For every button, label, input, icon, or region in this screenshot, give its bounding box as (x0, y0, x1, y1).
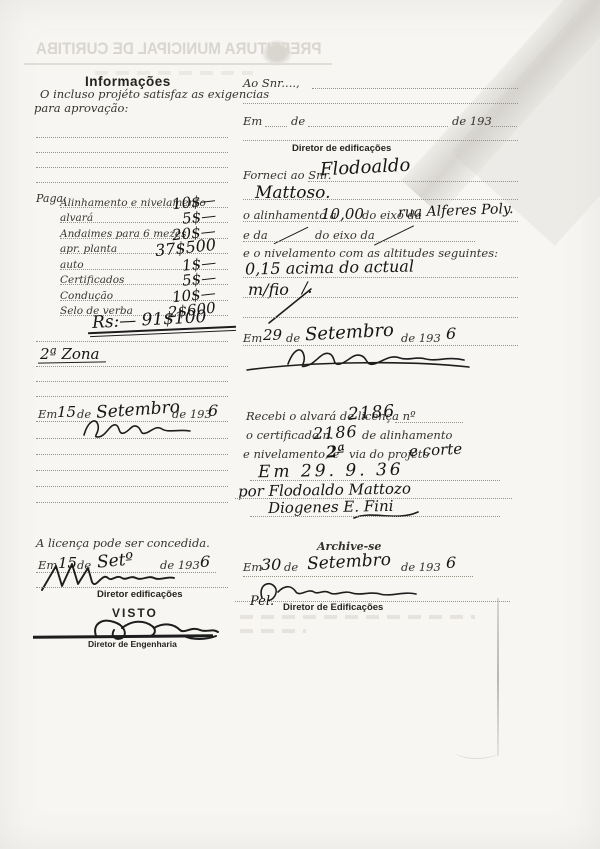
fee-row: Condução 10$— (60, 284, 228, 301)
ruled-line (395, 422, 463, 423)
ruled-line (308, 181, 518, 182)
ruled-line (36, 381, 228, 382)
date-month: Setembro (307, 550, 392, 574)
paper-fold-line (497, 598, 499, 756)
bleedthrough-line (240, 629, 306, 633)
zone-note: 2ª Zona (40, 345, 100, 363)
intro-line-2: para aprovação: (34, 101, 128, 115)
director-edificacoes-label: Diretor edificações (97, 589, 183, 600)
ruled-line (308, 126, 448, 127)
zone-underline (38, 361, 106, 363)
date-de193: de 193 (401, 331, 441, 345)
ruled-line (36, 438, 228, 439)
altitude-note-line1: 0,15 acima do actual (245, 257, 414, 279)
via-count-handwritten: 2ª (325, 441, 346, 462)
date-em: Em (243, 560, 262, 574)
ruled-line (243, 576, 473, 577)
recipient-name-line1: Flodoaldo (320, 155, 411, 181)
ruled-line (36, 366, 228, 367)
eixo2-label: do eixo da (315, 228, 375, 242)
fee-row: apr. planta 37$500 (60, 238, 228, 255)
street-name: rua Alferes Poly. (398, 201, 514, 221)
ruled-line (36, 137, 228, 138)
ruled-line (36, 486, 228, 487)
date-em: Em (243, 331, 262, 345)
date-month: Setembro (305, 320, 395, 346)
date-de: de (284, 560, 298, 574)
license-note: A licença pode ser concedida. (36, 536, 210, 550)
bleedthrough-line (240, 615, 475, 619)
date-de: de (291, 114, 305, 128)
eda-label: e da (243, 228, 268, 242)
ruled-line (36, 182, 228, 183)
ruled-line (243, 221, 518, 222)
intro-line-1: O incluso projéto satisfaz as exigencias (40, 87, 269, 101)
ruled-line (36, 152, 228, 153)
ruled-line (36, 396, 228, 397)
date-de: de (286, 331, 300, 345)
paper-fold-hook (455, 744, 499, 759)
fee-row: Certificados 5$— (60, 269, 228, 286)
ruled-line (243, 317, 518, 318)
director-edificacoes-bottom-label: Diretor de Edificações (283, 602, 383, 613)
signature-underline-stroke (245, 358, 473, 374)
date-de193: de 193 (452, 114, 492, 128)
ruled-line (243, 103, 518, 104)
date-em: Em (38, 407, 57, 421)
ruled-line (36, 502, 228, 503)
ruled-line (491, 126, 517, 127)
date-year: 6 (446, 553, 456, 572)
ruled-line (243, 277, 518, 278)
fee-row: Alinhamento e nivelamento 10$— (60, 191, 228, 208)
ruled-line (36, 341, 228, 342)
date-de193: de 193 (401, 560, 441, 574)
e-corte-handwritten: e corte (409, 440, 463, 461)
ruled-line (36, 454, 228, 455)
strikethrough-slash (374, 225, 414, 245)
ruled-line (312, 88, 518, 89)
date-year: 6 (446, 324, 456, 343)
date-day: 15 (57, 403, 76, 421)
ruled-line (36, 587, 228, 588)
date-year: 6 (200, 552, 210, 571)
ruled-line (265, 126, 287, 127)
director-engenharia-label: Diretor de Engenharia (88, 639, 177, 649)
ruled-line (36, 167, 228, 168)
received-date-handwritten: Em 29. 9. 36 (258, 460, 404, 483)
ao-snr-label: Ao Snr...., (243, 76, 300, 90)
scanned-document-page: PREFEITURA MUNICIPAL DE CURITIBA Informa… (0, 0, 600, 849)
recebi-line3a: e nivelamento, e (243, 447, 339, 461)
handwritten-slash-mark (265, 285, 315, 327)
ruled-line (243, 140, 518, 141)
date-day: 30 (261, 555, 281, 574)
certificate-number: 2186 (313, 422, 359, 443)
bleedthrough-rule (24, 63, 332, 65)
pel-handwritten: Pel. (250, 594, 274, 609)
date-day: 29 (263, 326, 282, 344)
ruled-line (243, 199, 518, 200)
fee-row: auto 1$— (60, 253, 228, 270)
date-year: 6 (208, 401, 218, 420)
date-em: Em (243, 114, 262, 128)
ruled-line (243, 241, 475, 242)
recipient-name-line2: Mattoso. (255, 183, 331, 203)
ruled-line (36, 470, 228, 471)
director-edificacoes-top-label: Diretor de edificações (292, 143, 391, 154)
forneci-label: Forneci ao Snr. (243, 168, 331, 182)
fee-row: alvará 5$— (60, 207, 228, 224)
ruled-line (250, 516, 500, 517)
